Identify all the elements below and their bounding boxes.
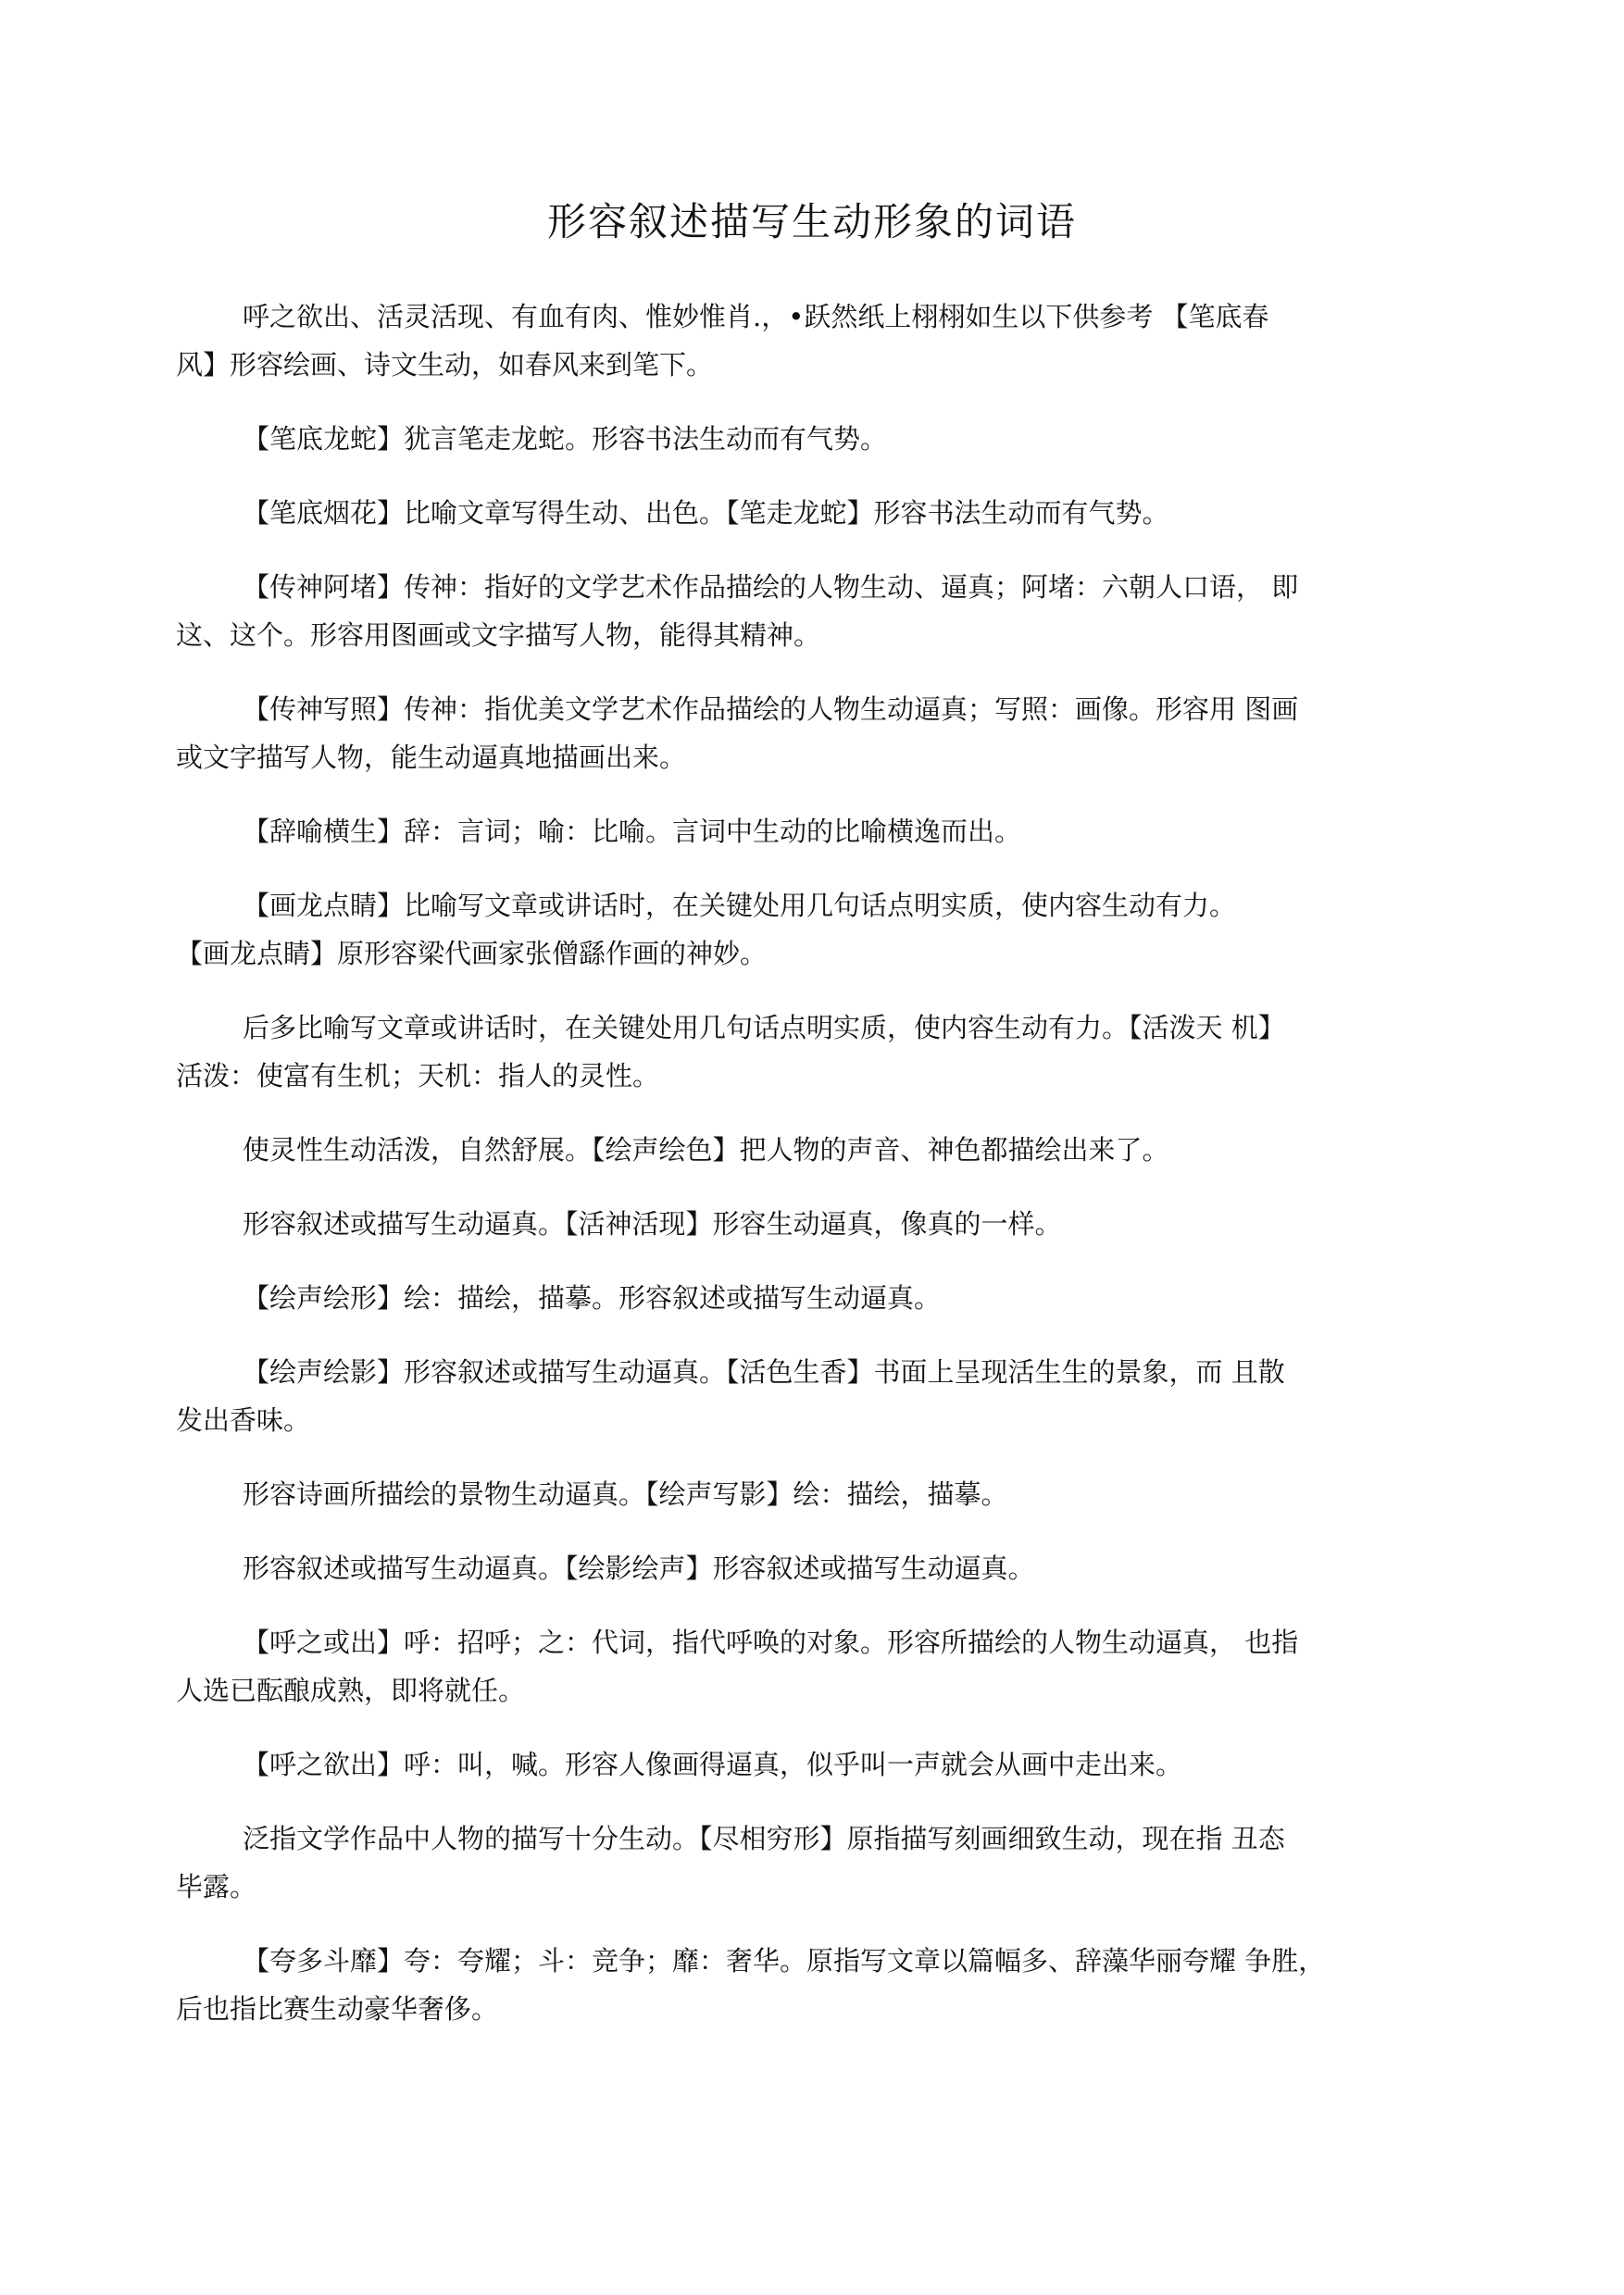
document-title: 形容叙述描写生动形象的词语 — [0, 196, 1624, 248]
document-body: 呼之欲出、活灵活现、有血有肉、惟妙惟肖.，•跃然纸上栩栩如生以下供参考 【笔底春… — [176, 293, 1472, 2059]
paragraph: 呼之欲出、活灵活现、有血有肉、惟妙惟肖.，•跃然纸上栩栩如生以下供参考 【笔底春… — [176, 293, 1472, 389]
paragraph-line: 【传神阿堵】传神：指好的文学艺术作品描绘的人物生动、逼真；阿堵：六朝人口语， 即 — [176, 563, 1472, 611]
paragraph: 后多比喻写文章或讲话时，在关键处用几句话点明实质，使内容生动有力。【活泼天 机】… — [176, 1004, 1472, 1100]
paragraph: 形容叙述或描写生动逼真。【活神活现】形容生动逼真，像真的一样。 — [176, 1200, 1472, 1248]
paragraph: 泛指文学作品中人物的描写十分生动。【尽相穷形】原指描写刻画细致生动，现在指 丑态… — [176, 1815, 1472, 1911]
paragraph-line: 【绘声绘形】绘：描绘，描摹。形容叙述或描写生动逼真。 — [176, 1274, 1472, 1322]
paragraph-line: 【辞喻横生】辞：言词；喻：比喻。言词中生动的比喻横逸而出。 — [176, 807, 1472, 855]
paragraph-line: 毕露。 — [176, 1863, 1472, 1911]
paragraph: 【画龙点睛】比喻写文章或讲话时，在关键处用几句话点明实质，使内容生动有力。 【画… — [176, 881, 1472, 978]
paragraph-line: 【笔底烟花】比喻文章写得生动、出色。【笔走龙蛇】形容书法生动而有气势。 — [176, 489, 1472, 537]
paragraph: 【传神写照】传神：指优美文学艺术作品描绘的人物生动逼真；写照：画像。形容用 图画… — [176, 685, 1472, 781]
paragraph: 【绘声绘形】绘：描绘，描摹。形容叙述或描写生动逼真。 — [176, 1274, 1472, 1322]
paragraph: 【呼之欲出】呼：叫，喊。形容人像画得逼真，似乎叫一声就会从画中走出来。 — [176, 1740, 1472, 1789]
paragraph: 【笔底龙蛇】犹言笔走龙蛇。形容书法生动而有气势。 — [176, 415, 1472, 463]
paragraph: 【笔底烟花】比喻文章写得生动、出色。【笔走龙蛇】形容书法生动而有气势。 — [176, 489, 1472, 537]
paragraph: 【夸多斗靡】夸：夸耀；斗：竞争；靡：奢华。原指写文章以篇幅多、辞藻华丽夸耀 争胜… — [176, 1937, 1472, 2033]
paragraph-line: 使灵性生动活泼，自然舒展。【绘声绘色】把人物的声音、神色都描绘出来了。 — [176, 1126, 1472, 1174]
paragraph-line: 【呼之欲出】呼：叫，喊。形容人像画得逼真，似乎叫一声就会从画中走出来。 — [176, 1740, 1472, 1789]
paragraph: 形容诗画所描绘的景物生动逼真。【绘声写影】绘：描绘，描摹。 — [176, 1470, 1472, 1518]
document-page: 形容叙述描写生动形象的词语 呼之欲出、活灵活现、有血有肉、惟妙惟肖.，•跃然纸上… — [0, 0, 1624, 2295]
paragraph-line: 形容叙述或描写生动逼真。【活神活现】形容生动逼真，像真的一样。 — [176, 1200, 1472, 1248]
paragraph-line: 活泼：使富有生机；天机：指人的灵性。 — [176, 1052, 1472, 1100]
paragraph-line: 或文字描写人物，能生动逼真地描画出来。 — [176, 733, 1472, 781]
paragraph: 【呼之或出】呼：招呼；之：代词，指代呼唤的对象。形容所描绘的人物生动逼真， 也指… — [176, 1618, 1472, 1715]
paragraph: 【传神阿堵】传神：指好的文学艺术作品描绘的人物生动、逼真；阿堵：六朝人口语， 即… — [176, 563, 1472, 659]
paragraph-line: 后多比喻写文章或讲话时，在关键处用几句话点明实质，使内容生动有力。【活泼天 机】 — [176, 1004, 1472, 1052]
paragraph-line: 【画龙点睛】原形容梁代画家张僧繇作画的神妙。 — [176, 929, 1472, 978]
paragraph-line: 泛指文学作品中人物的描写十分生动。【尽相穷形】原指描写刻画细致生动，现在指 丑态 — [176, 1815, 1472, 1863]
paragraph: 使灵性生动活泼，自然舒展。【绘声绘色】把人物的声音、神色都描绘出来了。 — [176, 1126, 1472, 1174]
paragraph-line: 形容叙述或描写生动逼真。【绘影绘声】形容叙述或描写生动逼真。 — [176, 1544, 1472, 1592]
paragraph-line: 【传神写照】传神：指优美文学艺术作品描绘的人物生动逼真；写照：画像。形容用 图画 — [176, 685, 1472, 733]
paragraph: 【绘声绘影】形容叙述或描写生动逼真。【活色生香】书面上呈现活生生的景象，而 且散… — [176, 1348, 1472, 1444]
paragraph-line: 【笔底龙蛇】犹言笔走龙蛇。形容书法生动而有气势。 — [176, 415, 1472, 463]
paragraph-line: 发出香味。 — [176, 1396, 1472, 1444]
paragraph-line: 形容诗画所描绘的景物生动逼真。【绘声写影】绘：描绘，描摹。 — [176, 1470, 1472, 1518]
paragraph-line: 后也指比赛生动豪华奢侈。 — [176, 1985, 1472, 2033]
paragraph-line: 【画龙点睛】比喻写文章或讲话时，在关键处用几句话点明实质，使内容生动有力。 — [176, 881, 1472, 929]
paragraph-line: 这、这个。形容用图画或文字描写人物，能得其精神。 — [176, 611, 1472, 659]
paragraph: 【辞喻横生】辞：言词；喻：比喻。言词中生动的比喻横逸而出。 — [176, 807, 1472, 855]
paragraph-line: 人选已酝酿成熟，即将就任。 — [176, 1666, 1472, 1715]
paragraph-line: 风】形容绘画、诗文生动，如春风来到笔下。 — [176, 341, 1472, 389]
paragraph-line: 呼之欲出、活灵活现、有血有肉、惟妙惟肖.，•跃然纸上栩栩如生以下供参考 【笔底春 — [176, 293, 1472, 341]
paragraph-line: 【绘声绘影】形容叙述或描写生动逼真。【活色生香】书面上呈现活生生的景象，而 且散 — [176, 1348, 1472, 1396]
paragraph-line: 【呼之或出】呼：招呼；之：代词，指代呼唤的对象。形容所描绘的人物生动逼真， 也指 — [176, 1618, 1472, 1666]
paragraph-line: 【夸多斗靡】夸：夸耀；斗：竞争；靡：奢华。原指写文章以篇幅多、辞藻华丽夸耀 争胜… — [176, 1937, 1472, 1985]
paragraph: 形容叙述或描写生动逼真。【绘影绘声】形容叙述或描写生动逼真。 — [176, 1544, 1472, 1592]
